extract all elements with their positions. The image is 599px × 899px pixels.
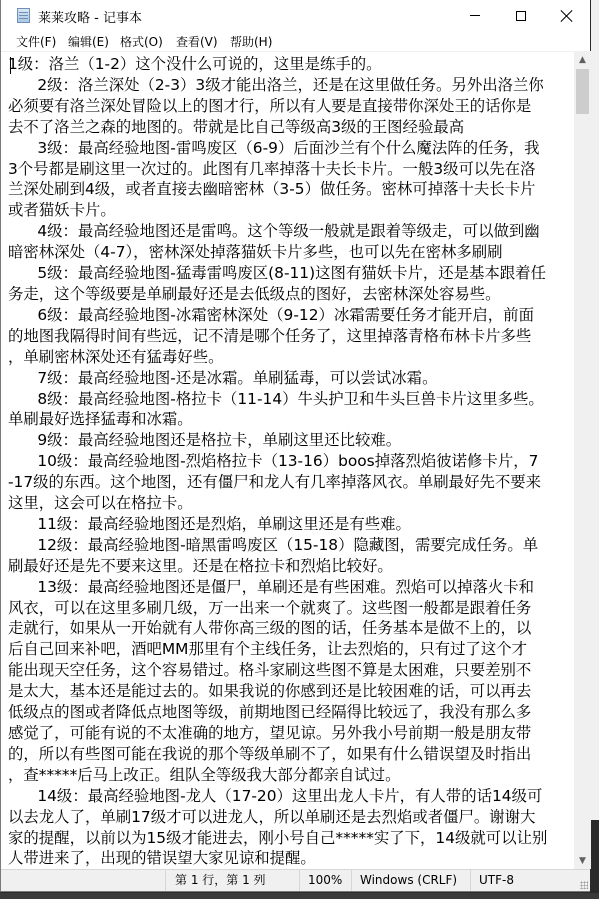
text-line: 14级：最高经验地图-龙人（17-20）这里出龙人卡片，有人带的话14级可 <box>8 786 574 807</box>
text-line: 这里，这会可以在格拉卡。 <box>8 493 574 514</box>
resize-grip-icon[interactable] <box>580 881 588 889</box>
status-bar: 第 1 行，第 1 列 100% Windows (CRLF) UTF-8 <box>1 869 590 891</box>
menu-view[interactable]: 查看(V) <box>176 33 218 50</box>
text-line: 4级：最高经验地图还是雷鸣。这个等级一般就是跟着等级走，可以做到幽 <box>8 221 574 242</box>
chevron-up-icon[interactable]: ▲ <box>574 51 591 68</box>
text-editor[interactable]: 1级：洛兰（1-2）这个没什么可说的，这里是练手的。 2级：洛兰深处（2-3）3… <box>1 51 574 870</box>
desktop-background-bottom <box>0 893 599 899</box>
text-line: ，查*****后马上改正。组队全等级我大部分都亲自试过。 <box>8 765 574 786</box>
text-line: 的，所以有些图可能在我说的那个等级单刷不了，如果有什么错误望及时指出 <box>8 744 574 765</box>
text-line: 9级：最高经验地图还是格拉卡，单刷这里还比较难。 <box>8 430 574 451</box>
text-line: 后自己回来补吧，酒吧MM那里有个主线任务，让去烈焰的，只有过了这个才 <box>8 639 574 660</box>
encoding: UTF-8 <box>470 870 590 891</box>
line-ending: Windows (CRLF) <box>351 870 470 891</box>
notepad-window: 莱莱攻略 - 记事本 文件(F) 编辑(E) 格式(O) 查看(V) 帮助(H)… <box>0 0 590 892</box>
text-line: 走就行，如果从一开始就有人带你高三级的图的话，任务基本是做不上的，以 <box>8 618 574 639</box>
document-text[interactable]: 1级：洛兰（1-2）这个没什么可说的，这里是练手的。 2级：洛兰深处（2-3）3… <box>8 54 574 869</box>
text-line: 暗密林深处（4-7），密林深处掉落猫妖卡片多些，也可以先在密林多刷刷 <box>8 242 574 263</box>
text-line: 能出现天空任务，这个容易错过。格斗家刷这些图不算是太困难，只要差别不 <box>8 660 574 681</box>
text-line: 3级：最高经验地图-雷鸣废区（6-9）后面沙兰有个什么魔法阵的任务，我 <box>8 138 574 159</box>
text-line: 务走，这个等级要是单刷最好还是去低级点的图好，去密林深处容易些。 <box>8 284 574 305</box>
cursor-position: 第 1 行，第 1 列 <box>165 870 299 891</box>
text-line: 风衣，可以在这里多刷几级，万一出来一个就爽了。这些图一般都是跟着任务 <box>8 598 574 619</box>
text-line: ，单刷密林深处还有猛毒好些。 <box>8 347 574 368</box>
text-line: 人带进来了，出现的错误望大家见谅和提醒。 <box>8 848 574 869</box>
menu-bar: 文件(F) 编辑(E) 格式(O) 查看(V) 帮助(H) <box>1 31 590 51</box>
text-line: 去不了洛兰之森的地图的。带就是比自己等级高3级的王图经验最高 <box>8 117 574 138</box>
close-icon <box>561 10 573 22</box>
text-line: 刷最好还是先不要来这里。还是在格拉卡和烈焰比较好。 <box>8 556 574 577</box>
maximize-icon <box>516 11 526 21</box>
text-line: 10级：最高经验地图-烈焰格拉卡（13-16）boos掉落烈焰彼诺修卡片，7 <box>8 451 574 472</box>
menu-help[interactable]: 帮助(H) <box>230 33 272 50</box>
text-line: 5级：最高经验地图-猛毒雷鸣废区(8-11)这图有猫妖卡片，还是基本跟着任 <box>8 263 574 284</box>
menu-file[interactable]: 文件(F) <box>16 33 56 50</box>
text-line: 8级：最高经验地图-格拉卡（11-14）牛头护卫和牛头巨兽卡片这里多些。 <box>8 389 574 410</box>
window-title: 莱莱攻略 - 记事本 <box>38 7 142 26</box>
text-line: 低级点的图或者降低点地图等级，前期地图已经隔得比较远了，我没有那么多 <box>8 702 574 723</box>
minimize-icon <box>470 15 480 16</box>
text-line: 7级：最高经验地图-还是冰霜。单刷猛毒，可以尝试冰霜。 <box>8 368 574 389</box>
chevron-down-icon[interactable]: ▼ <box>574 852 591 869</box>
text-line: 1级：洛兰（1-2）这个没什么可说的，这里是练手的。 <box>8 54 574 75</box>
text-line: 11级：最高经验地图还是烈焰，单刷这里还是有些难。 <box>8 514 574 535</box>
notepad-icon <box>17 8 30 23</box>
text-line: 6级：最高经验地图-冰霜密林深处（9-12）冰霜需要任务才能开启，前面 <box>8 305 574 326</box>
text-line: 以去龙人了，单刷17级才可以进龙人，所以单刷还是去烈焰或者僵尸。谢谢大 <box>8 807 574 828</box>
text-line: -17级的东西。这个地图，还有僵尸和龙人有几率掉落风衣。单刷最好先不要来 <box>8 472 574 493</box>
text-line: 是太大，基本还是能过去的。如果我说的你感到还是比较困难的话，可以再去 <box>8 681 574 702</box>
close-button[interactable] <box>544 0 590 31</box>
minimize-button[interactable] <box>452 0 498 31</box>
text-line: 或者猫妖卡片。 <box>8 200 574 221</box>
text-line: 的地图我隔得时间有些远，记不清是哪个任务了，这里掉落青格布林卡片多些 <box>8 326 574 347</box>
zoom-level: 100% <box>299 870 351 891</box>
text-line: 兰深处刷到4级，或者直接去幽暗密林（3-5）做任务。密林可掉落十夫长卡片 <box>8 179 574 200</box>
desktop-background-strip <box>591 0 599 899</box>
title-bar[interactable]: 莱莱攻略 - 记事本 <box>1 0 590 31</box>
menu-edit[interactable]: 编辑(E) <box>68 33 109 50</box>
text-line: 2级：洛兰深处（2-3）3级才能出洛兰，还是在这里做任务。另外出洛兰你 <box>8 75 574 96</box>
text-line: 必须要有洛兰深处冒险以上的图才行，所以有人要是直接带你深处王的话你是 <box>8 96 574 117</box>
text-caret <box>10 57 11 74</box>
text-line: 单刷最好选择猛毒和冰霜。 <box>8 409 574 430</box>
maximize-button[interactable] <box>498 0 544 31</box>
text-line: 13级：最高经验地图还是僵尸，单刷还是有些困难。烈焰可以掉落火卡和 <box>8 577 574 598</box>
menu-format[interactable]: 格式(O) <box>120 33 163 50</box>
text-line: 家的提醒，以前以为15级才能进去，刚小号自己*****实了下，14级就可以让别 <box>8 828 574 849</box>
text-line: 感觉了，可能有说的不太准确的地方，望见谅。另外我小号前期一般是朋友带 <box>8 723 574 744</box>
scrollbar-thumb[interactable] <box>576 69 589 114</box>
text-line: 12级：最高经验地图-暗黑雷鸣废区（15-18）隐藏图，需要完成任务。单 <box>8 535 574 556</box>
text-line: 3个号都是刷这里一次过的。此图有几率掉落十夫长卡片。一般3级可以先在洛 <box>8 159 574 180</box>
vertical-scrollbar[interactable]: ▲ ▼ <box>574 51 591 869</box>
